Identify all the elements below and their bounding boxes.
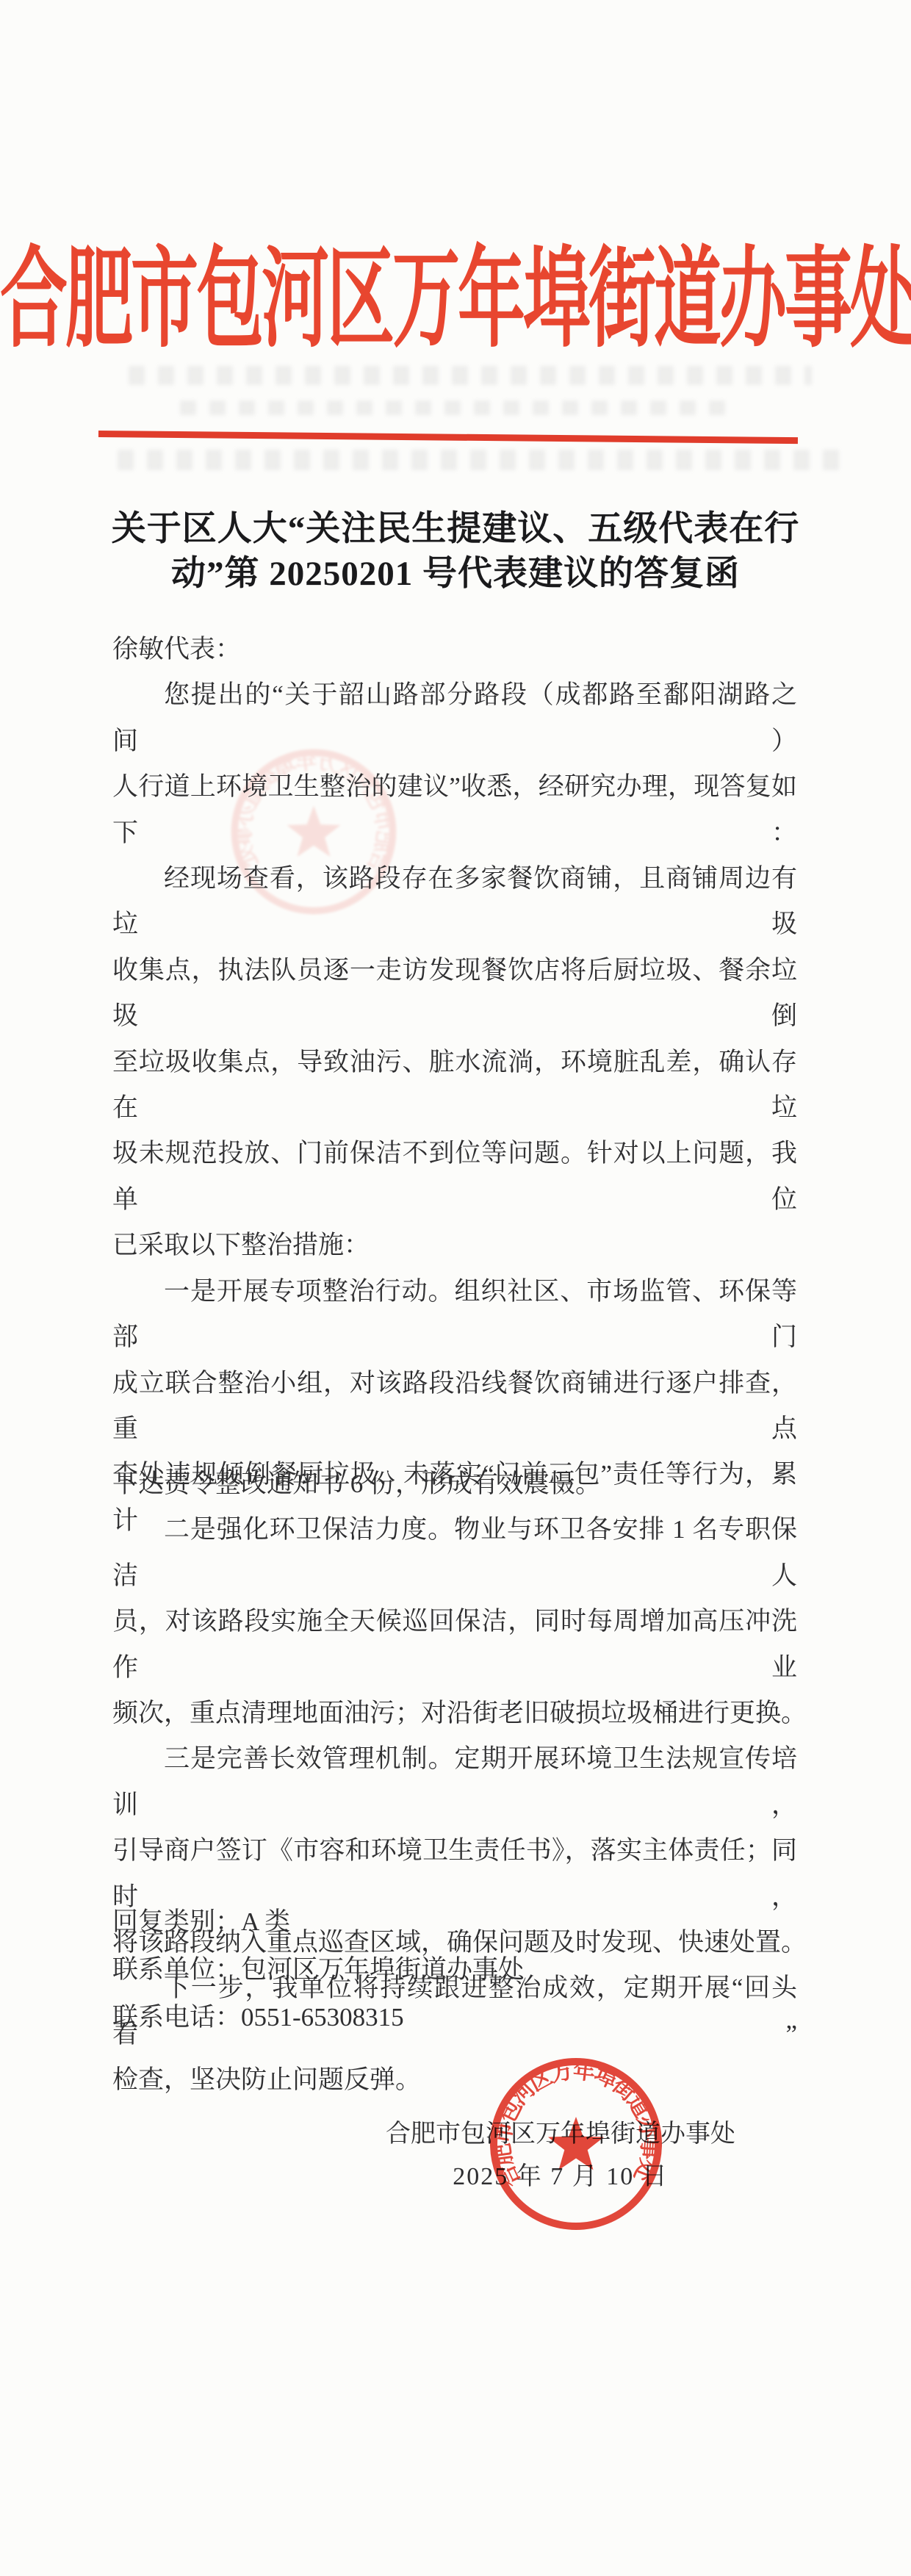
- contact-info: 回复类别：A 类联系单位：包河区万年埠街道办事处联系电话：0551-653083…: [112, 1898, 797, 2041]
- document-title-line-2: 动”第 20250201 号代表建议的答复函: [0, 552, 911, 597]
- seal-star-icon: [548, 2117, 604, 2170]
- body-line: 频次，重点清理地面油污；对沿街老旧破损垃圾桶进行更换。: [112, 1691, 797, 1736]
- letterhead-banner: 合肥市包河区万年埠街道办事处文件: [0, 212, 911, 369]
- body-line: 联系单位：包河区万年埠街道办事处: [112, 1946, 797, 1993]
- body-line: 经现场查看，该路段存在多家餐饮商铺，且商铺周边有垃圾: [112, 856, 797, 948]
- body-line: 二是强化环卫保洁力度。物业与环卫各安排 1 名专职保洁人: [112, 1507, 797, 1599]
- body-line: 收集点，执法队员逐一走访发现餐饮店将后厨垃圾、餐余垃圾倒: [112, 948, 797, 1040]
- body-line: 回复类别：A 类: [112, 1898, 797, 1946]
- body-line: 人行道上环境卫生整治的建议”收悉，经研究办理，现答复如下：: [112, 764, 797, 856]
- body-line: 检查，坚决防止问题反弹。: [112, 2057, 797, 2103]
- document-title: 关于区人大“关注民生提建议、五级代表在行 动”第 20250201 号代表建议的…: [0, 507, 911, 597]
- body-line: 三是完善长效管理机制。定期开展环境卫生法规宣传培训，: [112, 1736, 797, 1828]
- letterhead-divider: [98, 431, 798, 444]
- body-line: 圾未规范投放、门前保洁不到位等问题。针对以上问题，我单位: [112, 1131, 797, 1223]
- body-line: 成立联合整治小组，对该路段沿线餐饮商铺进行逐户排查，重点: [112, 1361, 797, 1453]
- bleedthrough-mark: [118, 450, 852, 470]
- body-line: 员，对该路段实施全天候巡回保洁，同时每周增加高压冲洗作业: [112, 1599, 797, 1691]
- document-title-line-1: 关于区人大“关注民生提建议、五级代表在行: [0, 507, 911, 552]
- body-line: 至垃圾收集点，导致油污、脏水流淌，环境脏乱差，确认存在垃: [112, 1040, 797, 1132]
- scanned-document-page: 合肥市包河区万年埠街道办事处文件 关于区人大“关注民生提建议、五级代表在行 动”…: [0, 0, 911, 2576]
- official-seal: 合肥市包河区万年埠街道办事处: [484, 2052, 668, 2236]
- body-line: 已采取以下整治措施：: [112, 1223, 797, 1268]
- body-line: 您提出的“关于韶山路部分路段（成都路至鄱阳湖路之间）: [112, 672, 797, 764]
- body-line: 联系电话：0551-65308315: [112, 1993, 797, 2041]
- body-line: 一是开展专项整治行动。组织社区、市场监管、环保等部门: [112, 1269, 797, 1361]
- body-line: 徐敏代表：: [112, 627, 797, 672]
- bleedthrough-mark: [180, 400, 738, 415]
- bleedthrough-mark: [129, 366, 812, 385]
- body-page1: 徐敏代表：您提出的“关于韶山路部分路段（成都路至鄱阳湖路之间）人行道上环境卫生整…: [112, 627, 797, 1544]
- body-line: 下达责令整改通知书 6 份，形成有效震慑。: [112, 1461, 797, 1507]
